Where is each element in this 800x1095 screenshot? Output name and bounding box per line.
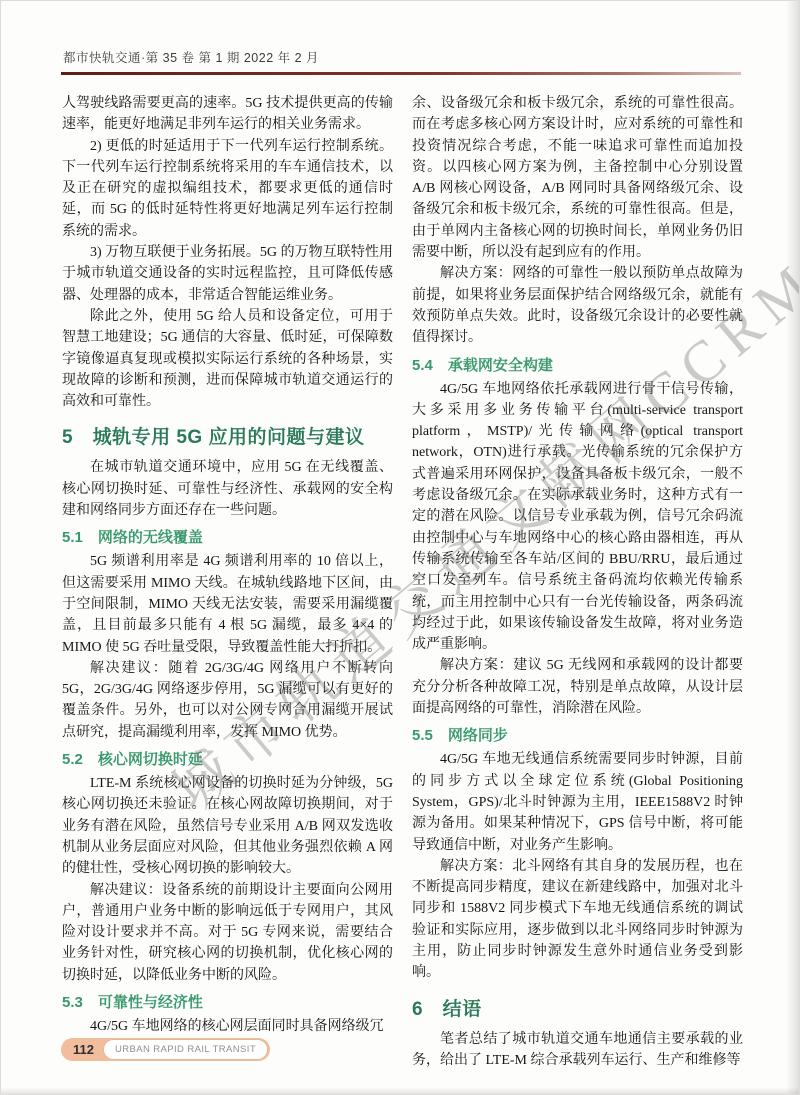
paper-page: 都市快轨交通·第 35 卷 第 1 期 2022 年 2 月 城市轨道交通文献网… xyxy=(0,0,800,1095)
body-paragraph: 5G 频谱利用率是 4G 频谱利用率的 10 倍以上，但这需要采用 MIMO 天… xyxy=(62,551,393,657)
subsection-heading: 5.2 核心网切换时延 xyxy=(62,748,393,769)
subsection-heading: 5.3 可靠性与经济性 xyxy=(62,991,393,1012)
page-edge-shadow-bottom xyxy=(1,1087,799,1094)
body-paragraph: 笔者总结了城市轨道交通车地通信主要承载的业务，给出了 LTE-M 综合承载列车运… xyxy=(412,1029,743,1072)
body-paragraph: 4G/5G 车地网络依托承载网进行骨干信号传输，大多采用多业务传输平台(mult… xyxy=(412,379,743,656)
body-paragraph: 4G/5G 车地网络的核心网层面同时具备网络级冗 xyxy=(62,1016,393,1037)
journal-name-en: URBAN RAPID RAIL TRANSIT xyxy=(103,1039,268,1060)
body-paragraph: 解决方案：北斗网络有其自身的发展历程，也在不断提高同步精度，建议在新建线路中，加… xyxy=(412,856,743,984)
page-edge-shadow-right xyxy=(786,1,799,1094)
section-heading: 5 城轨专用 5G 应用的问题与建议 xyxy=(62,422,393,449)
body-paragraph: 解决建议：随着 2G/3G/4G 网络用户不断转向 5G，2G/3G/4G 网络… xyxy=(62,658,393,743)
subsection-heading: 5.5 网络同步 xyxy=(412,724,743,745)
body-paragraph: 解决方案：建议 5G 无线网和承载网的设计都要充分分析各种故障工况，特别是单点故… xyxy=(412,655,743,719)
footer-badge: 112 URBAN RAPID RAIL TRANSIT xyxy=(61,1038,270,1061)
body-paragraph: 人驾驶线路需要更高的速率。5G 技术提供更高的传输速率，能更好地满足非列车运行的… xyxy=(62,93,393,136)
body-paragraph: 3) 万物互联便于业务拓展。5G 的万物互联特性用于城市轨道交通设备的实时远程监… xyxy=(62,242,393,306)
subsection-heading: 5.1 网络的无线覆盖 xyxy=(62,526,393,547)
body-paragraph: 解决建议：设备系统的前期设计主要面向公网用户，普通用户业务中断的影响远低于专网用… xyxy=(62,880,393,986)
subsection-heading: 5.4 承载网安全构建 xyxy=(412,354,743,375)
body-paragraph: 余、设备级冗余和板卡级冗余，系统的可靠性很高。而在考虑多核心网方案设计时，应对系… xyxy=(412,93,743,263)
left-column: 人驾驶线路需要更高的速率。5G 技术提供更高的传输速率，能更好地满足非列车运行的… xyxy=(62,93,393,1037)
body-paragraph: 解决方案：网络的可靠性一般以预防单点故障为前提，如果将业务层面保护结合网络级冗余… xyxy=(412,263,743,348)
right-column: 余、设备级冗余和板卡级冗余，系统的可靠性很高。而在考虑多核心网方案设计时，应对系… xyxy=(412,93,743,1071)
body-paragraph: 在城市轨道交通环境中，应用 5G 在无线覆盖、核心网切换时延、可靠性与经济性、承… xyxy=(62,457,393,521)
body-paragraph: 4G/5G 车地无线通信系统需要同步时钟源，目前的同步方式以全球定位系统(Glo… xyxy=(412,749,743,855)
journal-header: 都市快轨交通·第 35 卷 第 1 期 2022 年 2 月 xyxy=(63,48,739,66)
body-paragraph: 2) 更低的时延适用于下一代列车运行控制系统。下一代列车运行控制系统将采用的车车… xyxy=(62,136,393,242)
section-heading: 6 结语 xyxy=(412,994,743,1021)
page-number: 112 xyxy=(61,1042,103,1057)
body-paragraph: LTE-M 系统核心网设备的切换时延为分钟级，5G 核心网切换还未验证。在核心网… xyxy=(62,773,393,879)
header-divider-rule xyxy=(61,72,741,75)
body-paragraph: 除此之外，使用 5G 给人员和设备定位，可用于智慧工地建设；5G 通信的大容量、… xyxy=(62,306,393,412)
